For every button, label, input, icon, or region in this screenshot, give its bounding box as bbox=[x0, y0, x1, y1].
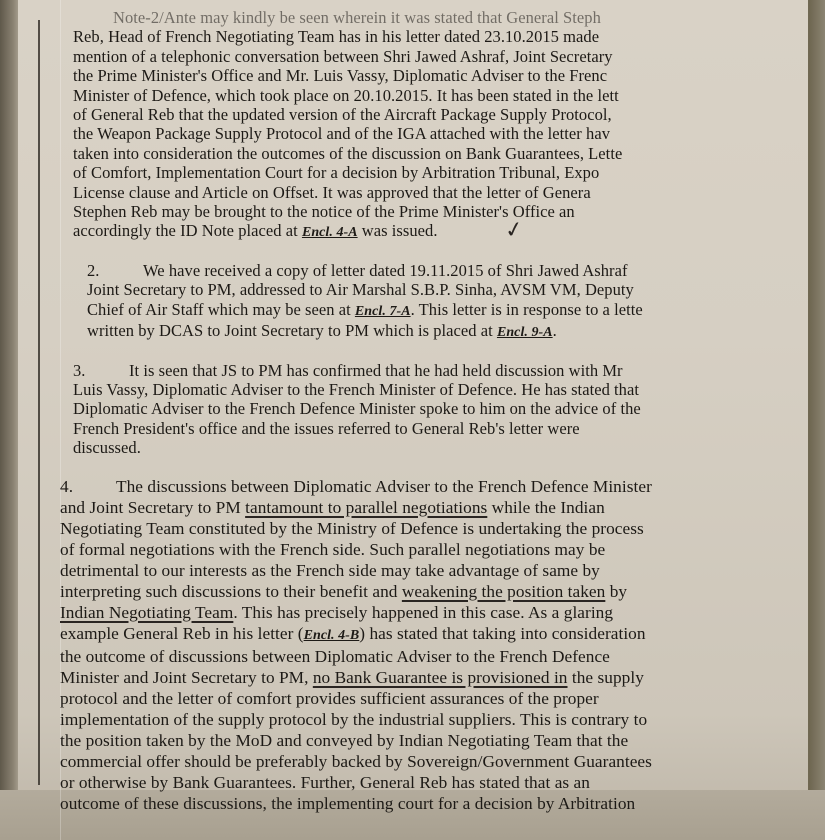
paragraph-4-line: 4.The discussions between Diplomatic Adv… bbox=[60, 476, 803, 497]
handwritten-underline: Indian Negotiating Team bbox=[60, 603, 233, 622]
paragraph-1-line: Note-2/Ante may kindly be seen wherein i… bbox=[73, 8, 803, 27]
enclosure-reference: Encl. 9-A bbox=[497, 325, 553, 340]
text: interpreting such discussions to their b… bbox=[60, 582, 402, 601]
text: Minister and Joint Secretary to PM, bbox=[60, 668, 313, 687]
paragraph-4-line: Negotiating Team constituted by the Mini… bbox=[60, 518, 803, 539]
paragraph-number: 2. bbox=[87, 261, 143, 280]
enclosure-reference: Encl. 7-A bbox=[355, 304, 411, 319]
paragraph-2-line: Joint Secretary to PM, addressed to Air … bbox=[87, 280, 803, 299]
paragraph-3: 3.It is seen that JS to PM has confirmed… bbox=[73, 361, 803, 458]
text: by bbox=[605, 582, 627, 601]
paragraph-4-line: Minister and Joint Secretary to PM, no B… bbox=[60, 667, 803, 688]
paragraph-4-line: the position taken by the MoD and convey… bbox=[60, 730, 803, 751]
text: was issued. bbox=[358, 221, 438, 240]
paragraph-1-line: accordingly the ID Note placed at Encl. … bbox=[73, 221, 803, 242]
paragraph-4: 4.The discussions between Diplomatic Adv… bbox=[60, 476, 803, 814]
handwritten-underline: weakening the position taken bbox=[402, 582, 605, 601]
paragraph-4-line: or otherwise by Bank Guarantees. Further… bbox=[60, 772, 803, 793]
paragraph-4-line: detrimental to our interests as the Fren… bbox=[60, 560, 803, 581]
text: written by DCAS to Joint Secretary to PM… bbox=[87, 321, 497, 340]
paragraph-1-line: Minister of Defence, which took place on… bbox=[73, 86, 803, 105]
paragraph-3-line: Luis Vassy, Diplomatic Adviser to the Fr… bbox=[73, 380, 803, 399]
paragraph-1-line: of General Reb that the updated version … bbox=[73, 105, 803, 124]
text: example General Reb in his letter ( bbox=[60, 624, 304, 643]
paragraph-4-line: example General Reb in his letter (Encl.… bbox=[60, 623, 803, 646]
document-body: Note-2/Ante may kindly be seen wherein i… bbox=[55, 8, 803, 814]
margin-rule bbox=[38, 20, 40, 785]
enclosure-reference: Encl. 4-B bbox=[304, 628, 360, 643]
paragraph-1-line: Stephen Reb may be brought to the notice… bbox=[73, 202, 803, 221]
text: We have received a copy of letter dated … bbox=[143, 261, 628, 280]
paragraph-1-line: Reb, Head of French Negotiating Team has… bbox=[73, 27, 803, 46]
text: . This has precisely happened in this ca… bbox=[233, 603, 613, 622]
paragraph-4-line: protocol and the letter of comfort provi… bbox=[60, 688, 803, 709]
paragraph-3-line: discussed. bbox=[73, 438, 803, 457]
paragraph-4-line: outcome of these discussions, the implem… bbox=[60, 793, 803, 814]
text: the supply bbox=[568, 668, 644, 687]
paragraph-1-line: of Comfort, Implementation Court for a d… bbox=[73, 163, 803, 182]
handwritten-underline: tantamount to parallel negotiations bbox=[245, 498, 487, 517]
text: . This letter is in response to a lette bbox=[411, 300, 643, 319]
text: and Joint Secretary to PM bbox=[60, 498, 245, 517]
paragraph-2: 2.We have received a copy of letter date… bbox=[87, 261, 803, 343]
handwritten-underline: no Bank Guarantee is provisioned in bbox=[313, 668, 568, 687]
paragraph-1: Note-2/Ante may kindly be seen wherein i… bbox=[73, 8, 803, 243]
paragraph-1-line: License clause and Article on Offset. It… bbox=[73, 183, 803, 202]
text: ) has stated that taking into considerat… bbox=[359, 624, 645, 643]
paragraph-number: 3. bbox=[73, 361, 129, 380]
paragraph-1-line: taken into consideration the outcomes of… bbox=[73, 144, 803, 163]
paragraph-2-line: 2.We have received a copy of letter date… bbox=[87, 261, 803, 280]
paragraph-3-line: French President's office and the issues… bbox=[73, 419, 803, 438]
paragraph-4-line: Indian Negotiating Team. This has precis… bbox=[60, 602, 803, 623]
paragraph-number: 4. bbox=[60, 476, 116, 497]
paragraph-4-line: implementation of the supply protocol by… bbox=[60, 709, 803, 730]
text: . bbox=[553, 321, 557, 340]
paragraph-4-line: commercial offer should be preferably ba… bbox=[60, 751, 803, 772]
paragraph-4-line: interpreting such discussions to their b… bbox=[60, 581, 803, 602]
enclosure-reference: Encl. 4-A bbox=[302, 225, 358, 240]
paragraph-2-line: written by DCAS to Joint Secretary to PM… bbox=[87, 321, 803, 342]
text: accordingly the ID Note placed at bbox=[73, 221, 302, 240]
text: The discussions between Diplomatic Advis… bbox=[116, 477, 652, 496]
paragraph-1-line: the Prime Minister's Office and Mr. Luis… bbox=[73, 66, 803, 85]
paragraph-4-line: the outcome of discussions between Diplo… bbox=[60, 646, 803, 667]
paragraph-4-line: of formal negotiations with the French s… bbox=[60, 539, 803, 560]
text: Chief of Air Staff which may be seen at bbox=[87, 300, 355, 319]
paragraph-3-line: Diplomatic Adviser to the French Defence… bbox=[73, 399, 803, 418]
paragraph-3-line: 3.It is seen that JS to PM has confirmed… bbox=[73, 361, 803, 380]
paragraph-4-line: and Joint Secretary to PM tantamount to … bbox=[60, 497, 803, 518]
paragraph-1-line: the Weapon Package Supply Protocol and o… bbox=[73, 124, 803, 143]
paragraph-2-line: Chief of Air Staff which may be seen at … bbox=[87, 300, 803, 321]
text: while the Indian bbox=[487, 498, 604, 517]
text: It is seen that JS to PM has confirmed t… bbox=[129, 361, 623, 380]
paragraph-1-line: mention of a telephonic conversation bet… bbox=[73, 47, 803, 66]
